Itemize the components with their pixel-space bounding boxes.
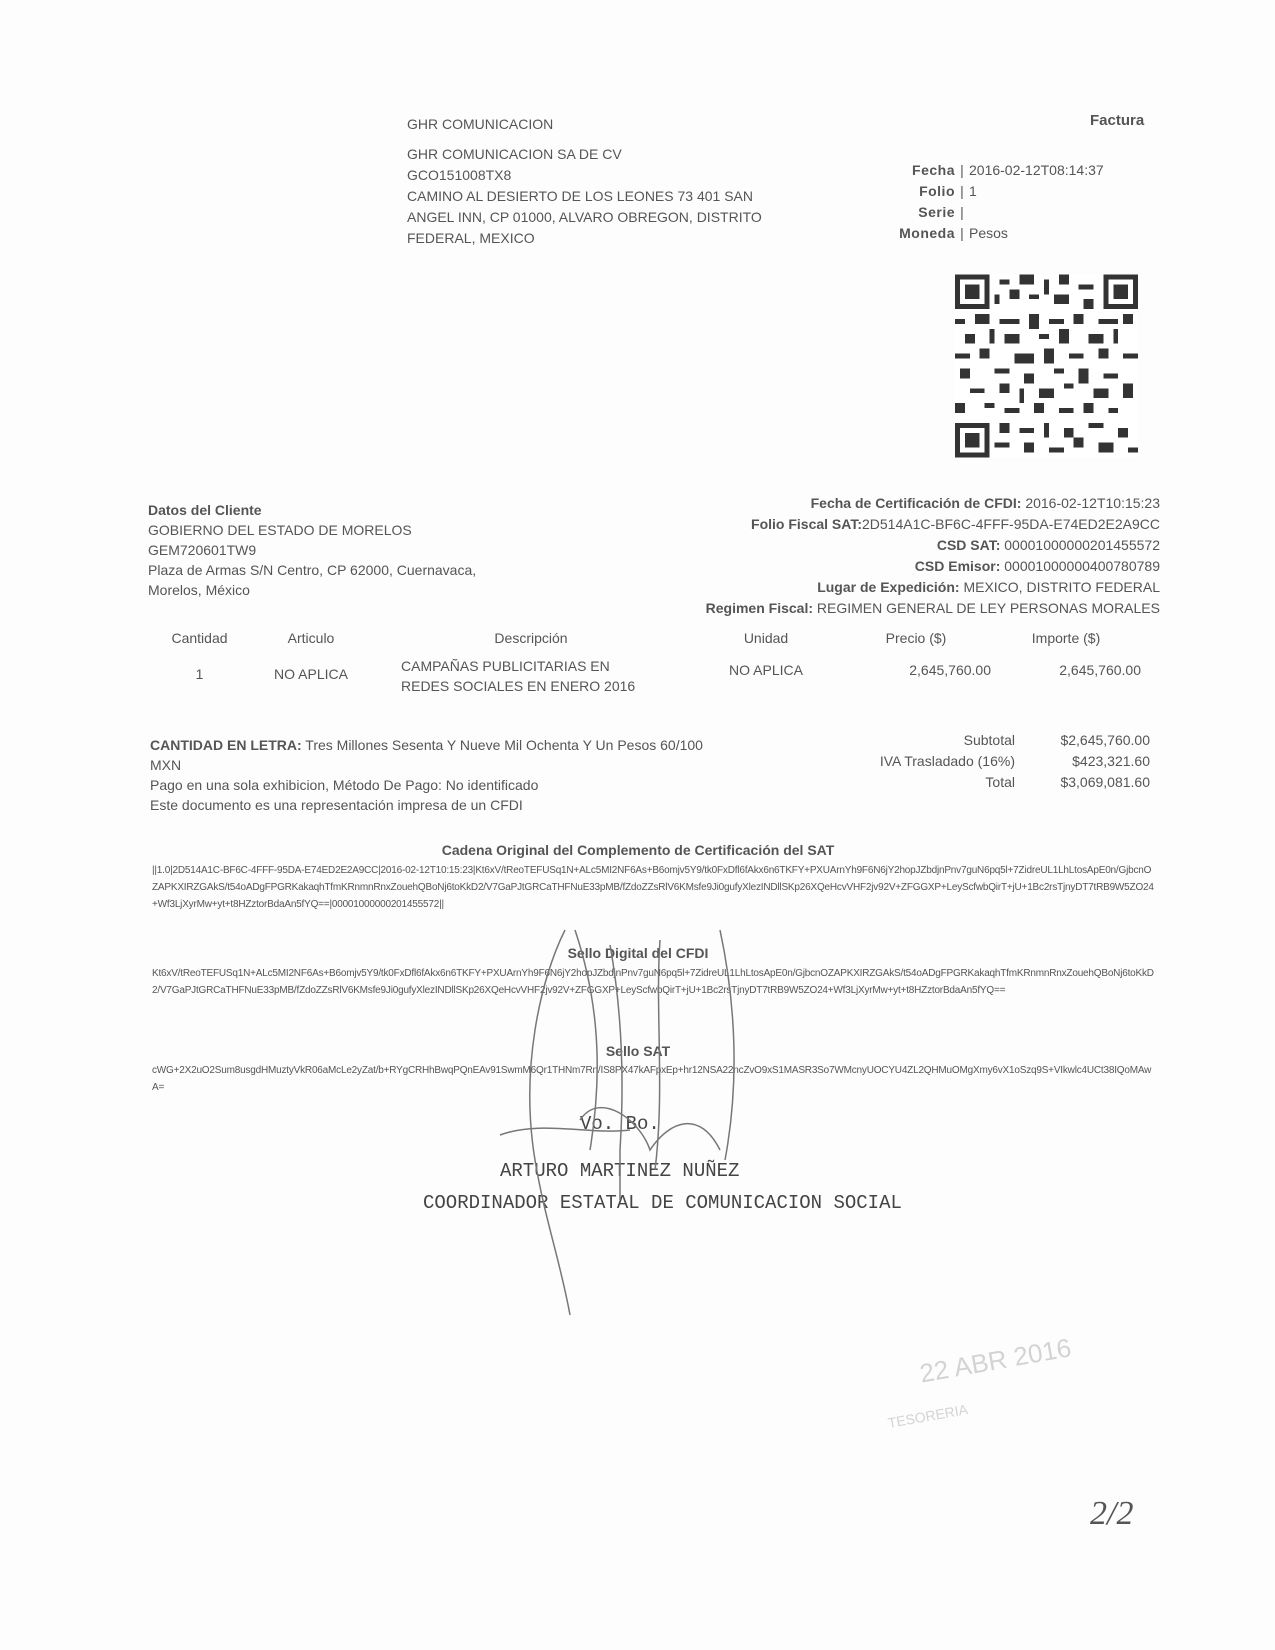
client-rfc: GEM720601TW9 bbox=[148, 540, 476, 560]
document-title: Factura bbox=[1090, 112, 1144, 129]
total-row-iva: IVA Trasladado (16%)$423,321.60 bbox=[850, 751, 1150, 772]
header-cantidad: Cantidad bbox=[148, 630, 251, 646]
cert-row: Regimen Fiscal: REGIMEN GENERAL DE LEY P… bbox=[706, 598, 1160, 619]
received-stamp: 22 ABR 2016 TESORERIA bbox=[803, 1236, 1137, 1505]
payment-info: Pago en una sola exhibicion, Método De P… bbox=[150, 775, 730, 795]
cert-label: CSD Emisor: bbox=[915, 558, 1001, 574]
meta-label: Folio bbox=[860, 181, 955, 202]
total-row-total: Total$3,069,081.60 bbox=[850, 772, 1150, 793]
cell-precio: 2,645,760.00 bbox=[841, 656, 991, 696]
cert-label: Lugar de Expedición: bbox=[817, 579, 959, 595]
header-articulo: Articulo bbox=[251, 630, 371, 646]
stamp-date: 22 ABR 2016 bbox=[917, 1332, 1073, 1389]
issuer-trade-name: GHR COMUNICACION bbox=[407, 114, 762, 135]
cell-importe: 2,645,760.00 bbox=[991, 656, 1141, 696]
header-importe: Importe ($) bbox=[991, 630, 1141, 646]
total-value: $2,645,760.00 bbox=[1015, 730, 1150, 751]
total-value: $3,069,081.60 bbox=[1015, 772, 1150, 793]
client-address-line1: Plaza de Armas S/N Centro, CP 62000, Cue… bbox=[148, 560, 476, 580]
cfdi-note: Este documento es una representación imp… bbox=[150, 795, 730, 815]
client-address-line2: Morelos, México bbox=[148, 580, 476, 600]
cadena-original-title: Cadena Original del Complemento de Certi… bbox=[148, 842, 1128, 858]
cert-row: Folio Fiscal SAT:2D514A1C-BF6C-4FFF-95DA… bbox=[706, 514, 1160, 535]
cell-articulo: NO APLICA bbox=[251, 656, 371, 696]
amount-words-block: CANTIDAD EN LETRA: Tres Millones Sesenta… bbox=[150, 735, 730, 815]
cert-value: REGIMEN GENERAL DE LEY PERSONAS MORALES bbox=[813, 600, 1160, 616]
stamp-text: TESORERIA bbox=[887, 1401, 969, 1431]
cert-value: MEXICO, DISTRITO FEDERAL bbox=[960, 579, 1160, 595]
certification-block: Fecha de Certificación de CFDI: 2016-02-… bbox=[706, 493, 1160, 619]
issuer-block: GHR COMUNICACION GHR COMUNICACION SA DE … bbox=[407, 114, 762, 249]
cert-value: 00001000000201455572 bbox=[1000, 537, 1160, 553]
meta-row-folio: Folio| 1 bbox=[860, 181, 1104, 202]
cert-value: 2D514A1C-BF6C-4FFF-95DA-E74ED2E2A9CC bbox=[862, 516, 1160, 532]
items-table: Cantidad Articulo Descripción Unidad Pre… bbox=[148, 630, 1148, 696]
table-row: 1 NO APLICA CAMPAÑAS PUBLICITARIAS EN RE… bbox=[148, 656, 1148, 696]
total-label: Total bbox=[850, 772, 1015, 793]
meta-row-moneda: Moneda| Pesos bbox=[860, 223, 1104, 244]
cell-descripcion: CAMPAÑAS PUBLICITARIAS EN REDES SOCIALES… bbox=[371, 656, 661, 696]
header-precio: Precio ($) bbox=[841, 630, 991, 646]
total-label: Subtotal bbox=[850, 730, 1015, 751]
cadena-original-text: ||1.0|2D514A1C-BF6C-4FFF-95DA-E74ED2E2A9… bbox=[152, 862, 1157, 913]
issuer-rfc: GCO151008TX8 bbox=[407, 165, 762, 186]
cert-row: CSD Emisor: 00001000000400780789 bbox=[706, 556, 1160, 577]
cert-row: CSD SAT: 00001000000201455572 bbox=[706, 535, 1160, 556]
meta-value: 2016-02-12T08:14:37 bbox=[969, 160, 1104, 181]
meta-label: Moneda bbox=[860, 223, 955, 244]
cert-label: Regimen Fiscal: bbox=[706, 600, 813, 616]
cert-label: Folio Fiscal SAT: bbox=[751, 516, 862, 532]
issuer-address-line2: ANGEL INN, CP 01000, ALVARO OBREGON, DIS… bbox=[407, 207, 762, 228]
table-header: Cantidad Articulo Descripción Unidad Pre… bbox=[148, 630, 1148, 646]
cert-value: 2016-02-12T10:15:23 bbox=[1021, 495, 1160, 511]
meta-value: Pesos bbox=[969, 223, 1008, 244]
meta-row-fecha: Fecha| 2016-02-12T08:14:37 bbox=[860, 160, 1104, 181]
client-title: Datos del Cliente bbox=[148, 500, 476, 520]
meta-label: Fecha bbox=[860, 160, 955, 181]
cert-value: 00001000000400780789 bbox=[1000, 558, 1160, 574]
amount-words: CANTIDAD EN LETRA: Tres Millones Sesenta… bbox=[150, 735, 730, 775]
issuer-address-line3: FEDERAL, MEXICO bbox=[407, 228, 762, 249]
meta-label: Serie bbox=[860, 202, 955, 223]
qr-code-icon bbox=[955, 272, 1138, 460]
cert-row: Lugar de Expedición: MEXICO, DISTRITO FE… bbox=[706, 577, 1160, 598]
total-label: IVA Trasladado (16%) bbox=[850, 751, 1015, 772]
totals-block: Subtotal$2,645,760.00 IVA Trasladado (16… bbox=[850, 730, 1150, 793]
total-value: $423,321.60 bbox=[1015, 751, 1150, 772]
amount-words-label: CANTIDAD EN LETRA: bbox=[150, 737, 302, 753]
header-unidad: Unidad bbox=[691, 630, 841, 646]
cell-cantidad: 1 bbox=[148, 656, 251, 696]
total-row-subtotal: Subtotal$2,645,760.00 bbox=[850, 730, 1150, 751]
document-meta: Fecha| 2016-02-12T08:14:37 Folio| 1 Seri… bbox=[860, 160, 1104, 244]
cert-label: Fecha de Certificación de CFDI: bbox=[811, 495, 1022, 511]
signature-icon bbox=[480, 920, 810, 1340]
cell-unidad: NO APLICA bbox=[661, 656, 841, 696]
meta-value: 1 bbox=[969, 181, 977, 202]
cert-label: CSD SAT: bbox=[937, 537, 1001, 553]
client-block: Datos del Cliente GOBIERNO DEL ESTADO DE… bbox=[148, 500, 476, 600]
issuer-legal-name: GHR COMUNICACION SA DE CV bbox=[407, 144, 762, 165]
cert-row: Fecha de Certificación de CFDI: 2016-02-… bbox=[706, 493, 1160, 514]
header-descripcion: Descripción bbox=[371, 630, 691, 646]
issuer-address-line1: CAMINO AL DESIERTO DE LOS LEONES 73 401 … bbox=[407, 186, 762, 207]
client-name: GOBIERNO DEL ESTADO DE MORELOS bbox=[148, 520, 476, 540]
page-number-note: 2/2 bbox=[1090, 1495, 1133, 1533]
meta-row-serie: Serie| bbox=[860, 202, 1104, 223]
